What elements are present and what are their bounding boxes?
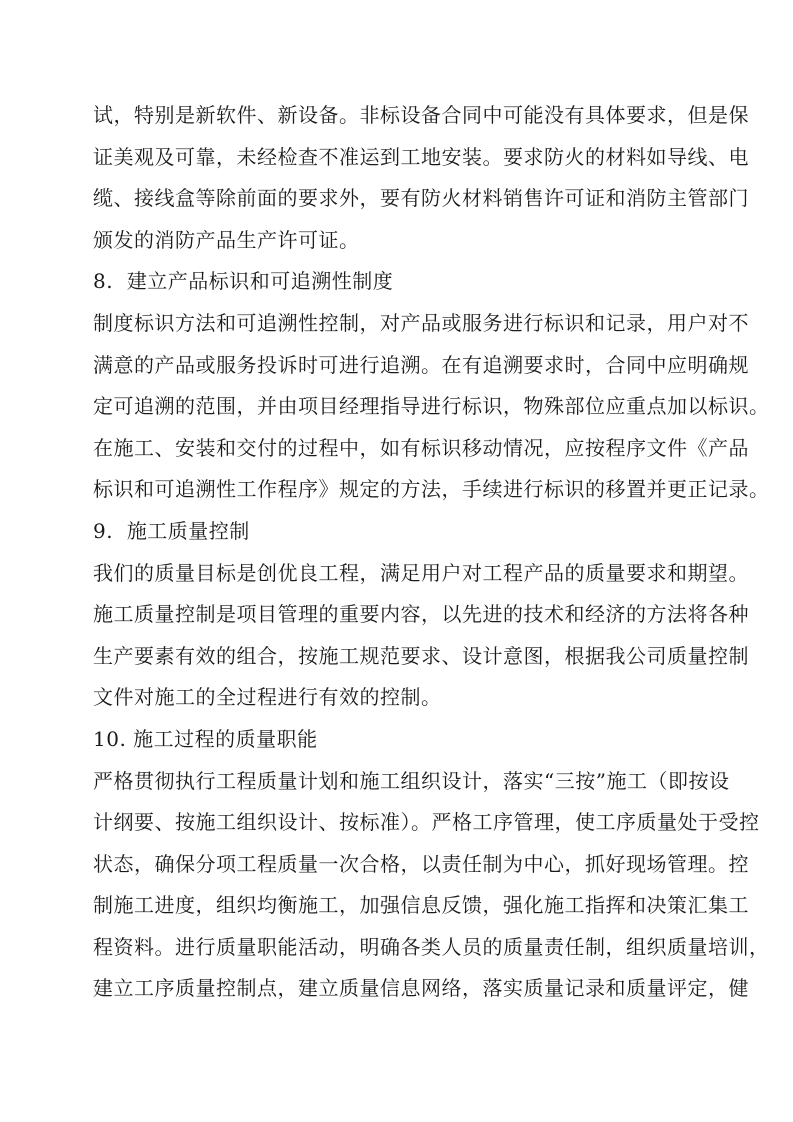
heading-text: 施工过程的质量职能 bbox=[133, 727, 318, 751]
text-line: 满意的产品或服务投诉时可进行追溯。在有追溯要求时，合同中应明确规 bbox=[93, 345, 705, 387]
text-line: 在施工、安装和交付的过程中，如有标识移动情况，应按程序文件《产品 bbox=[93, 428, 705, 470]
text-line: 严格贯彻执行工程质量计划和施工组织设计，落实“三按”施工（即按设 bbox=[93, 761, 705, 803]
text-line: 制度标识方法和可追溯性控制，对产品或服务进行标识和记录，用户对不 bbox=[93, 303, 705, 345]
paragraph-quality-functions: 严格贯彻执行工程质量计划和施工组织设计，落实“三按”施工（即按设 计纲要、按施工… bbox=[93, 761, 705, 1011]
text-line: 计纲要、按施工组织设计、按标准）。严格工序管理，使工序质量处于受控 bbox=[93, 802, 705, 844]
heading-number: 9. bbox=[93, 519, 113, 543]
text-line: 颁发的消防产品生产许可证。 bbox=[93, 220, 705, 262]
section-heading-9: 9. 施工质量控制 bbox=[93, 511, 705, 553]
text-line: 制施工进度，组织均衡施工，加强信息反馈，强化施工指挥和决策汇集工 bbox=[93, 885, 705, 927]
text-line: 标识和可追溯性工作程序》规定的方法，手续进行标识的移置并更正记录。 bbox=[93, 469, 705, 511]
document-page: 试，特别是新软件、新设备。非标设备合同中可能没有具体要求，但是保 证美观及可靠，… bbox=[93, 95, 705, 1010]
paragraph-fire-materials: 试，特别是新软件、新设备。非标设备合同中可能没有具体要求，但是保 证美观及可靠，… bbox=[93, 95, 705, 261]
heading-number: 8. bbox=[93, 269, 113, 293]
text-line: 施工质量控制是项目管理的重要内容，以先进的技术和经济的方法将各种 bbox=[93, 594, 705, 636]
text-line: 证美观及可靠，未经检查不准运到工地安装。要求防火的材料如导线、电 bbox=[93, 137, 705, 179]
text-line: 我们的质量目标是创优良工程，满足用户对工程产品的质量要求和期望。 bbox=[93, 553, 705, 595]
text-line: 建立工序质量控制点，建立质量信息网络，落实质量记录和质量评定，健 bbox=[93, 968, 705, 1010]
heading-text: 施工质量控制 bbox=[127, 519, 250, 543]
text-line: 生产要素有效的组合，按施工规范要求、设计意图，根据我公司质量控制 bbox=[93, 636, 705, 678]
paragraph-traceability: 制度标识方法和可追溯性控制，对产品或服务进行标识和记录，用户对不 满意的产品或服… bbox=[93, 303, 705, 511]
text-line: 程资料。进行质量职能活动，明确各类人员的质量责任制，组织质量培训， bbox=[93, 927, 705, 969]
text-line: 定可追溯的范围，并由项目经理指导进行标识，物殊部位应重点加以标识。 bbox=[93, 386, 705, 428]
heading-text: 建立产品标识和可追溯性制度 bbox=[127, 269, 394, 293]
heading-number: 10. bbox=[93, 727, 126, 751]
text-line: 缆、接线盒等除前面的要求外，要有防火材料销售许可证和消防主管部门 bbox=[93, 178, 705, 220]
section-heading-10: 10. 施工过程的质量职能 bbox=[93, 719, 705, 761]
section-heading-8: 8. 建立产品标识和可追溯性制度 bbox=[93, 261, 705, 303]
text-line: 试，特别是新软件、新设备。非标设备合同中可能没有具体要求，但是保 bbox=[93, 95, 705, 137]
text-line: 状态，确保分项工程质量一次合格，以责任制为中心，抓好现场管理。控 bbox=[93, 844, 705, 886]
paragraph-quality-control: 我们的质量目标是创优良工程，满足用户对工程产品的质量要求和期望。 施工质量控制是… bbox=[93, 553, 705, 719]
text-line: 文件对施工的全过程进行有效的控制。 bbox=[93, 677, 705, 719]
